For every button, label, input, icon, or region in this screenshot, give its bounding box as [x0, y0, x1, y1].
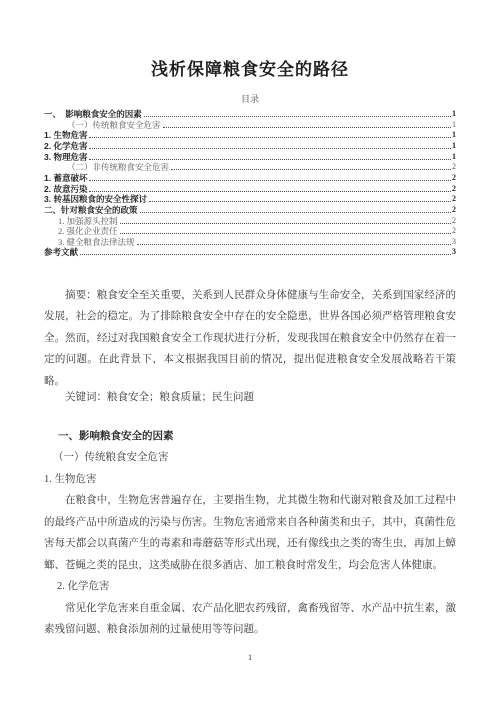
toc-item-page: 1 [452, 130, 456, 141]
toc-leader-dots [120, 223, 451, 224]
toc-item-label: 3. 健全粮食法律法规 [58, 237, 135, 248]
toc-leader-dots [149, 201, 451, 202]
toc-item[interactable]: 一、 影响粮食安全的因素 1 [44, 109, 456, 120]
document-page: 浅析保障粮食安全的路径 目录 一、 影响粮食安全的因素 1 （一）传统粮食安全危… [0, 0, 500, 708]
toc-item-page: 2 [452, 162, 456, 173]
toc-item-label: 1. 蓄意破坏 [44, 173, 87, 184]
toc-leader-dots [140, 212, 451, 213]
toc-item-label: 2. 故意污染 [44, 184, 87, 195]
toc-item-page: 1 [452, 120, 456, 131]
toc-item-page: 2 [452, 184, 456, 195]
document-title: 浅析保障粮食安全的路径 [44, 60, 456, 80]
toc-item-page: 2 [452, 226, 456, 237]
subsection-heading-traditional-hazards: （一）传统粮食安全危害 [44, 447, 456, 469]
keywords-line: 关键词：粮食安全；粮食质量；民生问题 [44, 387, 456, 409]
toc-item-label: 2. 化学危害 [44, 141, 87, 152]
page-content: 浅析保障粮食安全的路径 目录 一、 影响粮食安全的因素 1 （一）传统粮食安全危… [44, 0, 456, 641]
toc-leader-dots [89, 180, 451, 181]
toc-item[interactable]: 3. 物理危害 1 [44, 152, 456, 163]
toc-item-page: 1 [452, 109, 456, 120]
toc-leader-dots [144, 116, 451, 117]
toc-item-page: 2 [452, 173, 456, 184]
subsection-heading-biological-hazard: 1. 生物危害 [44, 469, 456, 491]
toc-item-label: 参考文献 [44, 247, 78, 258]
toc-item-label: 一、 影响粮食安全的因素 [44, 109, 142, 120]
toc-leader-dots [89, 159, 451, 160]
toc-leader-dots [89, 137, 451, 138]
toc-leader-dots [120, 233, 451, 234]
toc-item-page: 2 [452, 216, 456, 227]
chemical-hazard-paragraph: 常见化学危害来自重金属、农产品化肥农药残留，禽畜残留等、水产品中抗生素，激素残留… [44, 598, 456, 641]
toc-leader-dots [89, 148, 451, 149]
toc-item-page: 2 [452, 194, 456, 205]
toc-item[interactable]: 二、针对粮食安全的政策 2 [44, 205, 456, 216]
biological-hazard-paragraph: 在粮食中，生物危害普遍存在，主要指生物，尤其微生物和代谢对粮食及加工过程中的最终… [44, 490, 456, 576]
table-of-contents: 一、 影响粮食安全的因素 1 （一）传统粮食安全危害 1 1. 生物危害 1 2… [44, 109, 456, 258]
toc-item[interactable]: 2. 强化企业责任 2 [44, 226, 456, 237]
toc-item[interactable]: 3. 转基因粮食的安全性探讨 2 [44, 194, 456, 205]
toc-item[interactable]: 2. 化学危害 1 [44, 141, 456, 152]
toc-item-label: 3. 物理危害 [44, 152, 87, 163]
toc-leader-dots [80, 254, 451, 255]
toc-item[interactable]: 2. 故意污染 2 [44, 183, 456, 194]
subsection-heading-chemical-hazard: 2. 化学危害 [44, 576, 456, 598]
page-number: 1 [0, 652, 500, 662]
toc-item-label: 1. 生物危害 [44, 130, 87, 141]
toc-heading: 目录 [44, 94, 456, 104]
toc-leader-dots [137, 244, 451, 245]
toc-item[interactable]: （一）传统粮食安全危害 1 [44, 120, 456, 131]
toc-item[interactable]: 1. 生物危害 1 [44, 130, 456, 141]
toc-item-page: 1 [452, 141, 456, 152]
toc-leader-dots [163, 127, 451, 128]
toc-item-label: 1. 加强源头控制 [58, 216, 118, 227]
abstract-paragraph: 摘要：粮食安全至关重要，关系到人民群众身体健康与生命安全，关系到国家经济的发展，… [44, 285, 456, 393]
toc-item-label: 2. 强化企业责任 [58, 226, 118, 237]
toc-item-label: 二、针对粮食安全的政策 [44, 205, 138, 216]
toc-item-page: 3 [452, 237, 456, 248]
toc-item-label: 3. 转基因粮食的安全性探讨 [44, 194, 147, 205]
toc-item-page: 2 [452, 205, 456, 216]
toc-item[interactable]: 1. 蓄意破坏 2 [44, 173, 456, 184]
toc-item[interactable]: 参考文献 3 [44, 247, 456, 258]
toc-item[interactable]: （二）非传统粮食安全危害 2 [44, 162, 456, 173]
toc-item-page: 3 [452, 247, 456, 258]
toc-item-page: 1 [452, 152, 456, 163]
toc-item-label: （一）传统粮食安全危害 [67, 120, 161, 131]
toc-leader-dots [171, 169, 451, 170]
toc-item-label: （二）非传统粮食安全危害 [67, 162, 169, 173]
section-heading-factors: 一、影响粮食安全的因素 [44, 426, 456, 448]
toc-item[interactable]: 3. 健全粮食法律法规 3 [44, 237, 456, 248]
toc-item[interactable]: 1. 加强源头控制 2 [44, 215, 456, 226]
toc-leader-dots [89, 191, 451, 192]
